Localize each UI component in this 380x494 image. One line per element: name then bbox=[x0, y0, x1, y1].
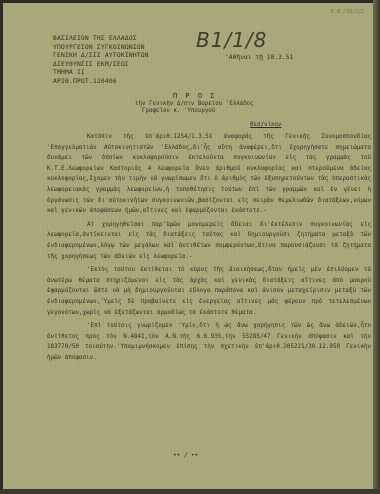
paragraph: Κατόπιν τῆς ὑπ'ἀριθ.1254/1.3.51 ἀναφορᾶς… bbox=[47, 132, 371, 217]
recipient-city: Θεσ/νίκην bbox=[250, 122, 281, 128]
end-mark: •• / •• bbox=[173, 452, 198, 459]
archive-reference: Ε.Β./10/222 bbox=[331, 9, 364, 15]
handwritten-mark: B1/1/8 bbox=[196, 28, 267, 52]
scan-edge-bottom bbox=[0, 489, 380, 494]
recipient-title: Π Ρ Ο Σ bbox=[173, 92, 217, 100]
letter-date: 'Αθῆναι τῇ 10.3.51 bbox=[225, 54, 293, 61]
paragraph: 'Εκτὸς τούτου ἐκτίθεται τὸ κῦρος τῆς Διο… bbox=[47, 265, 371, 318]
recipient-line-2: Γραφεῖον κ. 'Υπουργοῦ bbox=[142, 108, 215, 114]
letter-body: Κατόπιν τῆς ὑπ'ἀριθ.1254/1.3.51 ἀναφορᾶς… bbox=[47, 132, 371, 366]
document-page: Ε.Β./10/222 B1/1/8 ΒΑΣΙΛΕΙΟΝ ΤΗΣ ΕΛΛΑΔΟΣ… bbox=[3, 3, 373, 489]
scan-edge-right bbox=[373, 0, 380, 494]
paragraph: 'Επὶ τούτοις γνωρίζομεν 'Υμῖν,ὅτι ἡ ὡς ἄ… bbox=[47, 321, 371, 363]
paragraph: Αἱ χορηγηθεῖσαι παρ'ὑμῶν μονομερεῖς ἄδει… bbox=[47, 220, 371, 262]
recipient-line-1: τὴν Γενικὴν Δ/σιν Βορείου 'Ελλάδος bbox=[135, 101, 254, 107]
letterhead: ΒΑΣΙΛΕΙΟΝ ΤΗΣ ΕΛΛΑΔΟΣ ΥΠΟΥΡΓΕΙΟΝ ΣΥΓΚΟΙΝ… bbox=[53, 35, 149, 86]
